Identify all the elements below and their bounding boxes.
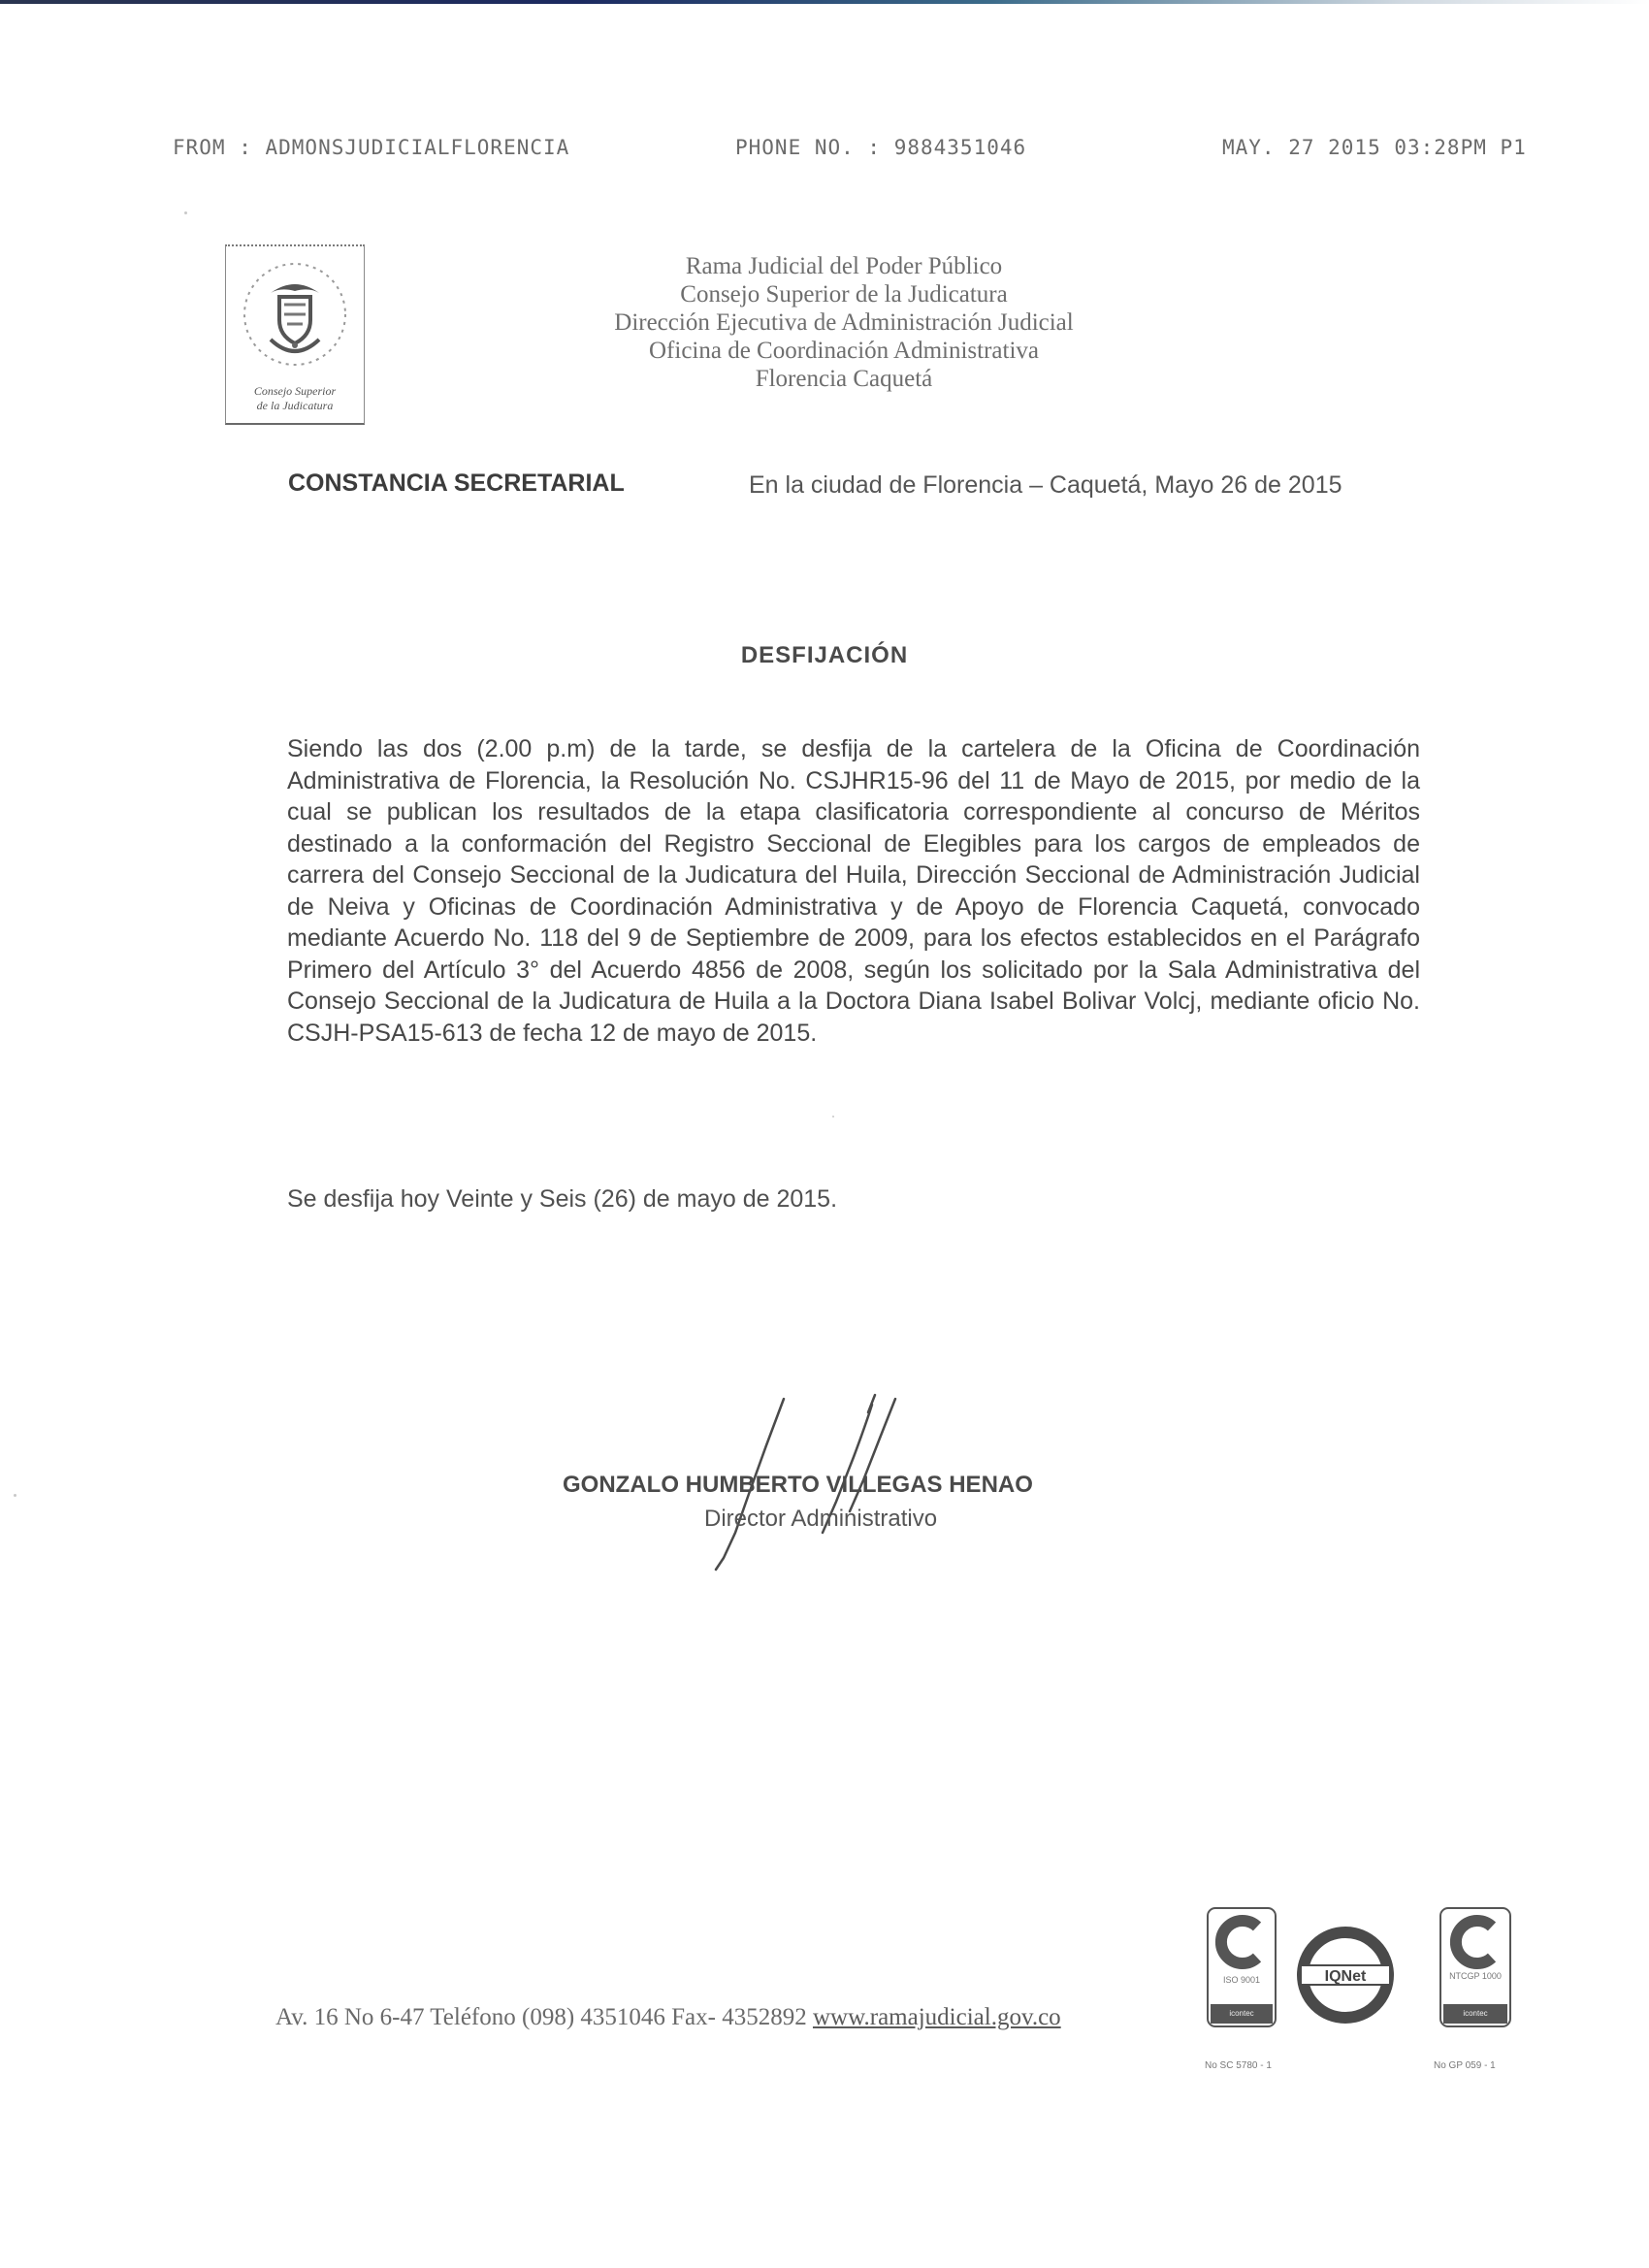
closing-statement: Se desfija hoy Veinte y Seis (26) de may… [287,1185,837,1214]
icontec-iso-9001-logo-icon: ISO 9001 icontec [1207,1907,1277,2027]
scan-speck [832,1116,834,1118]
letterhead-line: Rama Judicial del Poder Público [543,252,1145,280]
letterhead-line: Dirección Ejecutiva de Administración Ju… [543,308,1145,337]
logo-caption: Consejo Superior de la Judicatura [226,384,364,413]
cert-number: No SC 5780 - 1 [1205,2060,1272,2071]
footer-website-link[interactable]: www.ramajudicial.gov.co [813,2004,1061,2030]
cert-band: icontec [1211,2004,1273,2024]
fax-header: FROM : ADMONSJUDICIALFLORENCIA PHONE NO.… [173,136,1569,165]
institution-logo: Consejo Superior de la Judicatura [225,244,365,425]
footer-address: Av. 16 No 6-47 Teléfono (098) 4351046 Fa… [275,2004,807,2030]
signatory-title: Director Administrativo [704,1506,937,1533]
svg-text:IQNet: IQNet [1325,1968,1367,1985]
signatory-name: GONZALO HUMBERTO VILLEGAS HENAO [563,1472,1033,1499]
icontec-ntcgp-1000-logo-icon: NTCGP 1000 icontec [1439,1907,1511,2027]
cert-label: ISO 9001 [1209,1975,1275,1985]
document-title: DESFIJACIÓN [0,642,1649,669]
scan-speck [14,1494,16,1497]
logo-caption-line-1: Consejo Superior [226,384,364,399]
letterhead: Rama Judicial del Poder Público Consejo … [543,252,1145,393]
logo-caption-line-2: de la Judicatura [226,399,364,413]
cert-number: No GP 059 - 1 [1434,2060,1496,2071]
cert-band: icontec [1443,2004,1507,2024]
constancia-label: CONSTANCIA SECRETARIAL [288,470,625,498]
letterhead-line: Florencia Caquetá [543,365,1145,393]
footer-contact: Av. 16 No 6-47 Teléfono (098) 4351046 Fa… [275,2004,1061,2031]
colombia-coat-of-arms-seal-icon [234,254,356,380]
constancia-place-date: En la ciudad de Florencia – Caquetá, May… [749,470,1420,501]
body-paragraph: Siendo las dos (2.00 p.m) de la tarde, s… [287,733,1420,1049]
cert-label: NTCGP 1000 [1441,1971,1509,1981]
scan-speck [184,211,187,214]
fax-from: FROM : ADMONSJUDICIALFLORENCIA [173,136,569,159]
fax-phone: PHONE NO. : 9884351046 [735,136,1026,159]
fax-datetime: MAY. 27 2015 03:28PM P1 [1222,136,1527,159]
letterhead-line: Oficina de Coordinación Administrativa [543,337,1145,365]
iqnet-certified-logo-icon: IQNet [1297,1927,1394,2024]
scan-edge-artifact [0,0,1649,4]
letterhead-line: Consejo Superior de la Judicatura [543,280,1145,308]
